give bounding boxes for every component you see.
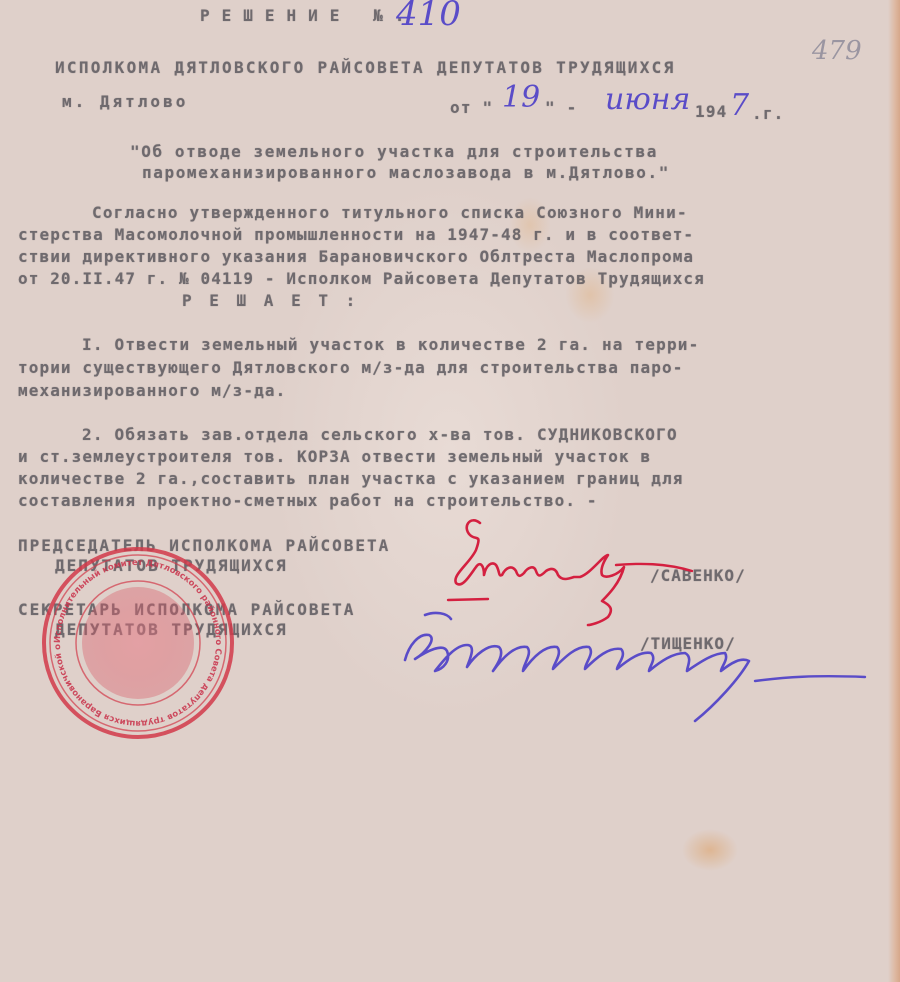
item-2-line-1: 2. Обязать зав.отдела сельского х-ва тов… <box>82 425 678 444</box>
date-suffix: .г. <box>752 104 785 123</box>
subject-line-2: паромеханизированного маслозавода в м.Дя… <box>142 163 670 182</box>
paper-edge-stain <box>888 0 900 982</box>
item-1-line-1: I. Отвести земельный участок в количеств… <box>82 335 699 354</box>
date-month: июня <box>605 82 690 117</box>
date-mid: " - <box>545 98 578 117</box>
item-2-line-3: количестве 2 га.,составить план участка … <box>18 469 683 488</box>
subject-line-1: "Об отводе земельного участка для строит… <box>130 142 658 161</box>
date-year-typed: 194 <box>695 102 728 121</box>
item-1-line-2: тории существующего Дятловского м/з-да д… <box>18 358 683 377</box>
date-day: 19 <box>502 80 540 115</box>
date-year-handwritten: 7 <box>730 88 749 123</box>
place: м. Дятлово <box>62 92 188 111</box>
date-prefix: от " <box>450 98 493 117</box>
issuer-line: ИСПОЛКОМА ДЯТЛОВСКОГО РАЙСОВЕТА ДЕПУТАТО… <box>55 58 676 77</box>
secretary-signature <box>395 605 875 725</box>
item-2-line-2: и ст.землеустроителя тов. КОРЗА отвести … <box>18 447 651 466</box>
item-1-line-3: механизированного м/з-да. <box>18 381 286 400</box>
official-seal-stamp: Исполнительный комитет Дятловского район… <box>40 545 236 741</box>
preamble-line-1: Согласно утвержденного титульного списка… <box>92 203 688 222</box>
preamble-line-4: от 20.II.47 г. № 04119 - Исполком Райсов… <box>18 269 705 288</box>
archive-folio-number: 479 <box>812 36 862 66</box>
decision-number: 410 <box>396 0 461 34</box>
preamble-line-3: ствии директивного указания Барановичско… <box>18 247 694 266</box>
document-title: РЕШЕНИЕ №. <box>200 6 416 25</box>
resolves-heading: Р Е Ш А Е Т : <box>182 291 359 310</box>
preamble-line-2: стерства Масомолочной промышленности на … <box>18 225 694 244</box>
